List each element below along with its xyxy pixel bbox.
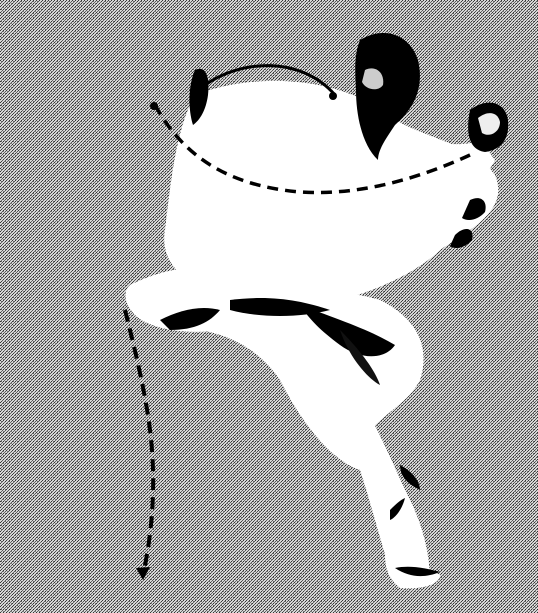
photo-frame <box>0 0 538 613</box>
halftone-photo <box>0 0 538 613</box>
arrow-tip-icon <box>329 92 337 100</box>
arrow-start-dot-icon <box>150 102 158 110</box>
